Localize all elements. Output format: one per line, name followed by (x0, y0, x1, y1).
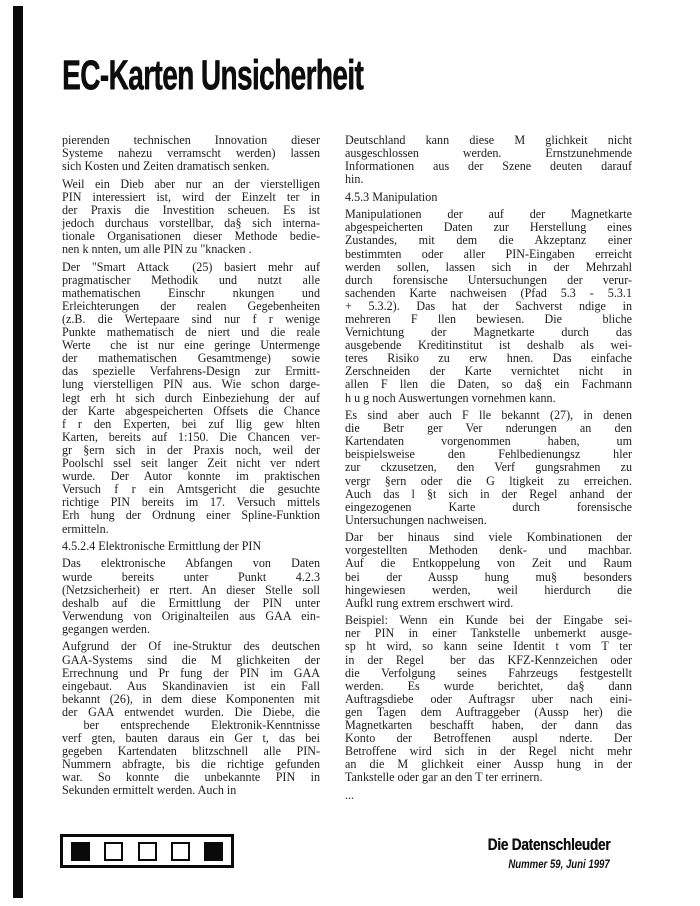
text-line: eingezogenen Karte durch forensische (345, 501, 632, 514)
text-line: werden. Es wurde berichtet, da§ dann (345, 680, 632, 693)
text-line: Verwendung von Originalteilen aus GAA ei… (62, 610, 320, 623)
section-heading: 4.5.2.4 Elektronische Ermittlung der PIN (62, 540, 320, 553)
text-line: bei der Aussp hung mu§ besonders (345, 571, 632, 584)
text-line: Sekunden ermittelt werden. Auch in (62, 784, 320, 797)
text-line: Aufgrund der Of ine-Struktur des deutsch… (62, 640, 320, 653)
text-line: Tankstelle oder gar an den T ter erriner… (345, 771, 632, 784)
text-line: der Karte abgespeicherten Offsets die Ch… (62, 405, 320, 418)
paragraph: ... (345, 789, 632, 802)
paragraph: Beispiel: Wenn ein Kunde bei der Eingabe… (345, 614, 632, 784)
text-line: mathematischen Einschr nkungen und (62, 287, 320, 300)
magazine-title-text: Die Datenschleuder (487, 835, 610, 854)
text-line: Zustandes, mit dem die Akzeptanz einer (345, 234, 632, 247)
text-line: sp ht wird, so kann seine Identit t vom … (345, 640, 632, 653)
text-line: sich Kosten und Zeiten dramatisch senken… (62, 160, 320, 173)
text-line: Errechnung und Pr fung der PIN im GAA (62, 667, 320, 680)
text-line: in der Regel ber das KFZ-Kennzeichen ode… (345, 654, 632, 667)
empty-square (104, 842, 123, 861)
text-line: bekannt (26), in dem diese Komponenten m… (62, 693, 320, 706)
article-body: pierenden technischen Innovation dieserS… (62, 134, 632, 802)
text-line: Auftragsdiebe oder Auftragsr uber nach e… (345, 693, 632, 706)
text-line: f r den Experten, bei zuf llig gew hlten (62, 418, 320, 431)
text-line: Karten, bereits auf 1:150. Die Chancen v… (62, 431, 320, 444)
paragraph: Aufgrund der Of ine-Struktur des deutsch… (62, 640, 320, 797)
page-indicator-squares (60, 834, 234, 868)
section-heading: 4.5.3 Manipulation (345, 191, 632, 204)
text-line: Erh hung der Ordnung einer Spline-Funkti… (62, 509, 320, 522)
text-line: werden sollen, lassen sich in der Mehrza… (345, 261, 632, 274)
text-line: vergr §ern oder die G ltigkeit zu erreic… (345, 475, 632, 488)
text-line: pragmatischer Methodik und nutzt alle (62, 274, 320, 287)
text-line: Auch das l §t sich in der Regel anhand d… (345, 488, 632, 501)
text-line: zur ckzusetzen, den Verf gungsrahmen zu (345, 461, 632, 474)
paragraph: Manipulationen der auf der Magnetkarteab… (345, 208, 632, 404)
text-line: legt erh ht sich durch Einbeziehung der … (62, 392, 320, 405)
text-line: deshalb auf die Ermittlung der PIN unter (62, 597, 320, 610)
text-line: PIN interessiert ist, wird der Einzelt t… (62, 191, 320, 204)
paragraph: Weil ein Dieb aber nur an der vierstelli… (62, 178, 320, 257)
paragraph: Dar ber hinaus sind viele Kombinationen … (345, 531, 632, 610)
text-line: nen k nnten, um alle PIN zu "knacken . (62, 243, 320, 256)
scan-edge-bar (13, 6, 23, 898)
text-line: die Verfolgung seines Fahrzeugs festgest… (345, 667, 632, 680)
text-line: Weil ein Dieb aber nur an der vierstelli… (62, 178, 320, 191)
text-line: ... (345, 789, 632, 802)
text-line: bestimmten oder aller PIN-Eingaben errei… (345, 248, 632, 261)
page-title: EC-Karten Unsicherheit (62, 53, 511, 97)
text-line: 4.5.2.4 Elektronische Ermittlung der PIN (62, 540, 320, 553)
text-line: sachenden Karte nachweisen (Pfad 5.3 - 5… (345, 287, 632, 300)
text-line: durch forensische Untersuchungen der ver… (345, 274, 632, 287)
text-line: GAA-Systems sind die M glichkeiten der (62, 654, 320, 667)
paragraph: Deutschland kann diese M glichkeit nicht… (345, 134, 632, 186)
text-line: hingewiesen werden, weil hierdurch die (345, 584, 632, 597)
text-line: Auf die Entkoppelung von Zeit und Raum (345, 557, 632, 570)
paragraph: Der "Smart Attack (25) basiert mehr aufp… (62, 261, 320, 536)
magazine-title: Die Datenschleuder (457, 835, 610, 855)
text-line: hin. (345, 173, 632, 186)
issue-line: Nummer 59, Juni 1997 (457, 855, 610, 873)
text-line: Untersuchungen nachweisen. (345, 514, 632, 527)
text-line: der Praxis die Investition scheuen. Es i… (62, 204, 320, 217)
text-line: eingebaut. Aus Skandinavien ist ein Fall (62, 680, 320, 693)
filled-square (204, 842, 223, 861)
text-line: Informationen aus der Szene deuten darau… (345, 160, 632, 173)
text-line: 4.5.3 Manipulation (345, 191, 632, 204)
paragraph: pierenden technischen Innovation dieserS… (62, 134, 320, 173)
right-column: Deutschland kann diese M glichkeit nicht… (345, 134, 632, 802)
left-column: pierenden technischen Innovation dieserS… (62, 134, 320, 802)
text-line: gegangen werden. (62, 623, 320, 636)
text-line: allen F llen die Daten, so da§ ein Fachm… (345, 378, 632, 391)
text-line: ermitteln. (62, 523, 320, 536)
text-line: Das elektronische Abfangen von Daten (62, 557, 320, 570)
paragraph: Das elektronische Abfangen von Datenwurd… (62, 557, 320, 636)
empty-square (138, 842, 157, 861)
text-line: Der "Smart Attack (25) basiert mehr auf (62, 261, 320, 274)
paragraph: Es sind aber auch F lle bekannt (27), in… (345, 409, 632, 527)
issue-line-text: Nummer 59, Juni 1997 (509, 858, 610, 871)
footer: Die Datenschleuder Nummer 59, Juni 1997 (457, 835, 610, 873)
text-line: wurde bereits unter Punkt 4.2.3 (62, 571, 320, 584)
text-line: h u g noch Auswertungen vornehmen kann. (345, 392, 632, 405)
text-line: lung vierstelligen PIN aus. Wie schon da… (62, 378, 320, 391)
filled-square (71, 842, 90, 861)
text-line: Aufkl rung extrem erschwert wird. (345, 597, 632, 610)
text-line: (Netzsicherheit) er rtert. An dieser Ste… (62, 584, 320, 597)
empty-square (171, 842, 190, 861)
page-title-text: EC-Karten Unsicherheit (62, 53, 363, 97)
magazine-page: EC-Karten Unsicherheit pierenden technis… (0, 0, 700, 906)
